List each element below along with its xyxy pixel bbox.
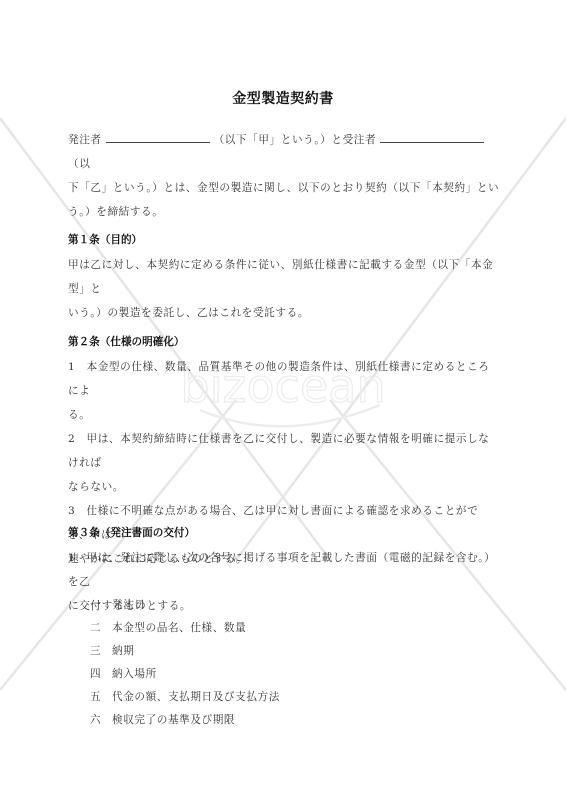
list-item: 五代金の額、支払期日及び支払方法 [90,689,280,704]
article-1-heading: 第１条（目的） [68,232,142,247]
item-number: 六 [90,712,112,727]
preamble-text: （以 [68,158,90,170]
item-text: 本金型の品名、仕様、数量 [112,622,246,634]
article-1-body: 甲は乙に対し、本契約に定める条件に従い、別紙仕様書に記載する金型（以下「本金型」… [68,253,500,325]
list-item: 四納入場所 [90,666,157,681]
article-2-heading: 第２条（仕様の明確化） [68,334,185,349]
list-item: 一発注日 [90,597,146,612]
item-text: 検収完了の基準及び期限 [112,714,235,726]
contractor-name-blank [380,132,484,143]
list-item: 六検収完了の基準及び期限 [90,712,235,727]
item-text: 発注日 [112,599,146,611]
article-line: 2 甲は、本契約締結時に仕様書を乙に交付し、製造に必要な情報を明確に提示しなけれ… [68,427,500,475]
orderer-name-blank [106,132,210,143]
item-number: 五 [90,689,112,704]
item-text: 納期 [112,645,134,657]
article-line: 1 甲は、発注に際し、次の各号に掲げる事項を記載した書面（電磁的記録を含む。）を… [68,546,500,594]
article-line: ならない。 [68,475,500,499]
list-item: 二本金型の品名、仕様、数量 [90,620,246,635]
item-number: 二 [90,620,112,635]
article-line: る。 [68,403,500,427]
document-title: 金型製造契約書 [68,88,498,108]
preamble-line-2: 下「乙」という。）とは、金型の製造に関し、以下のとおり契約（以下「本契約」とい [68,176,500,200]
preamble-line-1: 発注者（以下「甲」という。）と受注者（以 [68,128,500,176]
item-number: 四 [90,666,112,681]
article-3-heading: 第３条（発注書面の交付） [68,525,195,540]
preamble-text: （以下「甲」という。）と受注者 [214,134,377,146]
item-text: 納入場所 [112,668,157,680]
preamble-line-3: う。）を締結する。 [68,200,500,224]
article-line: 甲は乙に対し、本契約に定める条件に従い、別紙仕様書に記載する金型（以下「本金型」… [68,253,500,301]
article-line: いう。）の製造を委託し、乙はこれを受託する。 [68,301,500,325]
preamble: 発注者（以下「甲」という。）と受注者（以 下「乙」という。）とは、金型の製造に関… [68,128,500,224]
item-number: 三 [90,643,112,658]
orderer-label: 発注者 [68,134,102,146]
item-text: 代金の額、支払期日及び支払方法 [112,691,280,703]
item-number: 一 [90,597,112,612]
list-item: 三納期 [90,643,134,658]
article-line: 1 本金型の仕様、数量、品質基準その他の製造条件は、別紙仕様書に定めるところによ [68,355,500,403]
